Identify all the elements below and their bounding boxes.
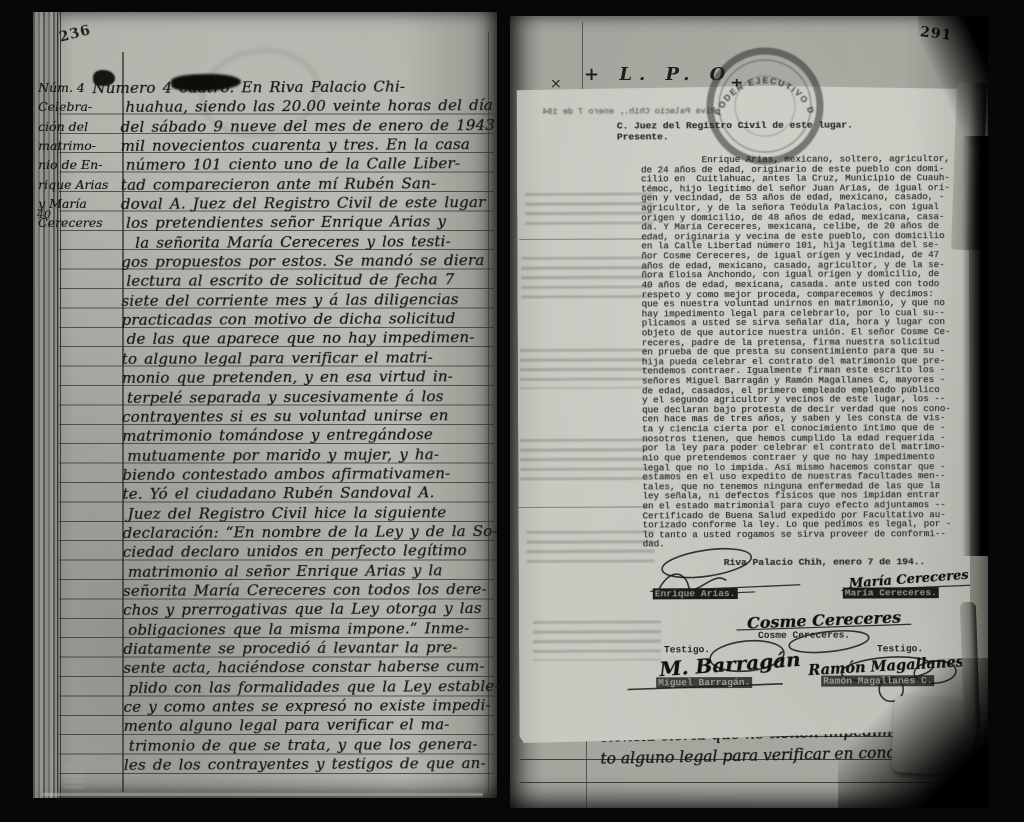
margin-note-line: ción del <box>38 117 120 136</box>
shadow-overlay <box>918 16 988 146</box>
margin-note-line: matrimo- <box>38 136 120 155</box>
handwritten-line: gos propuestos por estos. Se mandó se di… <box>121 251 489 272</box>
archival-photo-of-register: 236 Núm. 4Celebra-ción delmatrimo-nio de… <box>0 0 1024 822</box>
shadow-overlay <box>838 658 988 808</box>
handwritten-line: ce y como antes se expresó no existe imp… <box>123 696 491 717</box>
typed-petition-paper: Riva Palacio Chih., enero 7 de 194 C. Ju… <box>517 85 972 743</box>
maria-typed-name: María Cereceres. <box>843 587 939 598</box>
handwritten-line: tad comparecieron ante mí Rubén San- <box>121 174 489 195</box>
handwritten-line: siete del corriente mes y á las diligenc… <box>121 290 489 311</box>
margin-note-line: Celebra- <box>38 97 120 116</box>
handwritten-line: del sábado 9 nueve del mes de enero de 1… <box>120 116 488 137</box>
column-rule <box>582 22 583 92</box>
handwritten-line: plido con las formalidades que la Ley es… <box>128 677 491 698</box>
witness-label-right: Testigo. <box>877 643 923 654</box>
page-bottom-edge <box>43 793 483 796</box>
handwritten-line: doval A. Juez del Registro Civil de este… <box>121 193 489 214</box>
handwritten-line: chos y prerrogativas que la Ley otorga y… <box>123 599 491 620</box>
government-seal-stamp: PODER EJECUTIVO DEL ESTADO <box>700 40 840 180</box>
handwritten-line: ciedad declaro unidos en perfecto legíti… <box>123 541 491 562</box>
handwritten-line: señorita María Cereceres con todos los d… <box>123 580 491 601</box>
handwritten-line: te. Yó el ciudadano Rubén Sandoval A. <box>122 483 490 504</box>
witness-label-left: Testigo. <box>664 644 710 655</box>
handwritten-line: los pretendientes señor Enrique Arias y <box>126 212 489 233</box>
handwritten-line: Número 4 cuatro. En Riva Palacio Chi- <box>92 77 488 98</box>
miguel-typed-name: Miguel Barragán. <box>656 677 752 688</box>
cosme-typed-name: Cosme Cereceres. <box>758 630 850 641</box>
handwritten-line: de las que aparece que no hay impedimen- <box>126 329 489 350</box>
page-number-stamp: 236 <box>58 22 93 45</box>
handwritten-line: matrimonio tomándose y entregándose <box>122 425 490 446</box>
handwritten-line: lectura al escrito de solicitud de fecha… <box>126 270 489 291</box>
handwritten-line: contrayentes si es su voluntad unirse en <box>122 406 490 427</box>
enrique-typed-name: Enrique Arias. <box>653 588 738 599</box>
margin-mark: 40 <box>37 208 51 221</box>
handwritten-line: número 101 ciento uno de la Calle Liber- <box>126 154 489 175</box>
handwritten-line: sente acta, haciéndose constar haberse c… <box>123 657 491 678</box>
handwritten-line: obligaciones que la misma impone.” Inme- <box>128 619 491 640</box>
handwritten-line: monio que pretenden, y en esa virtud in- <box>122 367 490 388</box>
handwritten-line: mutuamente por marido y mujer, y ha- <box>127 445 490 466</box>
handwritten-line: declaración: “En nombre de la Ley y de l… <box>123 522 491 543</box>
handwritten-line: mento alguno legal para verificar el ma- <box>124 715 492 736</box>
handwritten-line: la señorita María Cereceres y los testi- <box>135 232 489 253</box>
margin-note-line: nio de En- <box>38 155 120 174</box>
register-left-page: 236 Núm. 4Celebra-ción delmatrimo-nio de… <box>33 12 497 798</box>
handwritten-line: biendo contestado ambos afirmativamen- <box>122 464 490 485</box>
handwritten-line: to alguno legal para verificar el matri- <box>122 348 490 369</box>
handwritten-line: Juez del Registro Civil hice la siguient… <box>127 503 490 524</box>
register-right-page: 291 × + L. P. O ± ciencia cierta que no … <box>510 16 988 808</box>
handwritten-line: trimonio de que se trata, y que los gene… <box>129 735 492 756</box>
handwritten-line: matrimonio al señor Enrique Arias y la <box>128 561 491 582</box>
handwritten-line: mil novecientos cuarenta y tres. En la c… <box>120 135 488 156</box>
handwritten-line: les de los contrayentes y testigos de qu… <box>124 754 492 775</box>
enrique-signature-loop <box>660 544 753 583</box>
handwritten-line: terpelé separada y sucesivamente á los <box>127 387 490 408</box>
handwritten-act-text: Número 4 cuatro. En Riva Palacio Chi-hua… <box>120 77 492 775</box>
handwritten-line: huahua, siendo las 20.00 veinte horas de… <box>125 96 488 117</box>
handwritten-line: diatamente se procedió á levantar la pre… <box>123 638 491 659</box>
handwritten-line: practicadas con motivo de dicha solicitu… <box>121 309 489 330</box>
shadow-overlay <box>962 136 988 556</box>
margin-note-line: rique Arias <box>38 175 120 194</box>
ink-blot <box>93 70 115 86</box>
dark-obstruction <box>55 740 99 798</box>
